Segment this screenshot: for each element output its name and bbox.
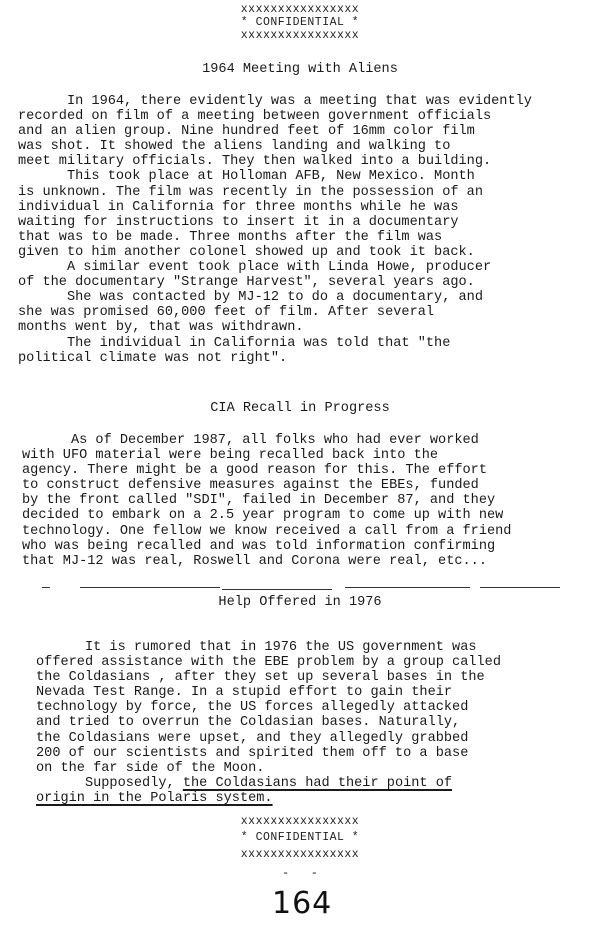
text-line: that MJ-12 was real, Roswell and Corona … [22,554,511,569]
text-line: political climate was not right". [18,351,532,366]
confidential-stamp-bottom-bottom-border: xxxxxxxxxxxxxxxx [0,849,600,861]
text-line: technology. One fellow we know received … [22,524,511,539]
text-line: who was being recalled and was told info… [22,539,511,554]
confidential-stamp-bottom-border: xxxxxxxxxxxxxxxx [0,816,600,828]
text-line: 200 of our scientists and spirited them … [36,746,501,761]
text-line: was shot. It showed the aliens landing a… [18,139,532,154]
section-title-1964-meeting: 1964 Meeting with Aliens [0,62,600,77]
text-line: agency. There might be a good reason for… [22,463,511,478]
text-line: and tried to overrun the Coldasian bases… [36,715,501,730]
text-line: on the far side of the Moon. [36,761,501,776]
underlined-text-1: the Coldasians had their point of [183,776,452,791]
text-line: she was promised 60,000 feet of film. Af… [18,305,532,320]
text-line: is unknown. The film was recently in the… [18,185,532,200]
text-line: the Coldasians were upset, and they alle… [36,731,501,746]
text-line: In 1964, there evidently was a meeting t… [18,94,532,109]
confidential-stamp-top-label: * CONFIDENTIAL * [0,17,600,29]
text-line: months went by, that was withdrawn. [18,320,532,335]
text-line: This took place at Holloman AFB, New Mex… [18,169,532,184]
section-closing-line-1: Supposedly, the Coldasians had their poi… [36,776,452,791]
section-body-cia-recall: As of December 1987, all folks who had e… [22,433,511,569]
separator-line [222,589,332,590]
text-line: individual in California for three month… [18,200,532,215]
separator-line [480,587,560,588]
text-line: with UFO material were being recalled ba… [22,448,511,463]
document-page: xxxxxxxxxxxxxxxx * CONFIDENTIAL * xxxxxx… [0,0,600,928]
section-closing-line-2: origin in the Polaris system. [36,791,273,806]
text-line: The individual in California was told th… [18,336,532,351]
text-line: by the front called "SDI", failed in Dec… [22,493,511,508]
text-line: decided to embark on a 2.5 year program … [22,508,511,523]
text-line: the Coldasians , after they set up sever… [36,670,501,685]
section-body-1964-meeting: In 1964, there evidently was a meeting t… [18,94,532,366]
text-line: It is rumored that in 1976 the US govern… [36,640,501,655]
text-line: meet military officials. They then walke… [18,154,532,169]
text-line: As of December 1987, all folks who had e… [22,433,511,448]
text-line: Nevada Test Range. In a stupid effort to… [36,685,501,700]
text-line: technology by force, the US forces alleg… [36,700,501,715]
text-line: She was contacted by MJ-12 to do a docum… [18,290,532,305]
confidential-stamp-top-border: xxxxxxxxxxxxxxxx [0,4,600,16]
text-line: that was to be made. Three months after … [18,230,532,245]
section-body-help-offered: It is rumored that in 1976 the US govern… [36,640,501,776]
confidential-stamp-bottom-label: * CONFIDENTIAL * [0,832,600,844]
text-line: offered assistance with the EBE problem … [36,655,501,670]
separator-line [345,587,470,588]
text-line: waiting for instructions to insert it in… [18,215,532,230]
separator-line [80,587,220,588]
handwritten-page-number: 164 [272,886,332,921]
dash-marks: - - [0,866,600,880]
text-line: of the documentary "Strange Harvest", se… [18,275,532,290]
confidential-stamp-top-bottom-border: xxxxxxxxxxxxxxxx [0,30,600,42]
text-line: and an alien group. Nine hundred feet of… [18,124,532,139]
separator-line [42,587,50,588]
text-line: A similar event took place with Linda Ho… [18,260,532,275]
closing-prefix: Supposedly, [36,776,183,791]
section-title-cia-recall: CIA Recall in Progress [0,401,600,416]
section-title-help-offered: Help Offered in 1976 [0,595,600,610]
text-line: given to him another colonel showed up a… [18,245,532,260]
text-line: to construct defensive measures against … [22,478,511,493]
text-line: recorded on film of a meeting between go… [18,109,532,124]
underlined-text-2: origin in the Polaris system. [36,791,273,806]
